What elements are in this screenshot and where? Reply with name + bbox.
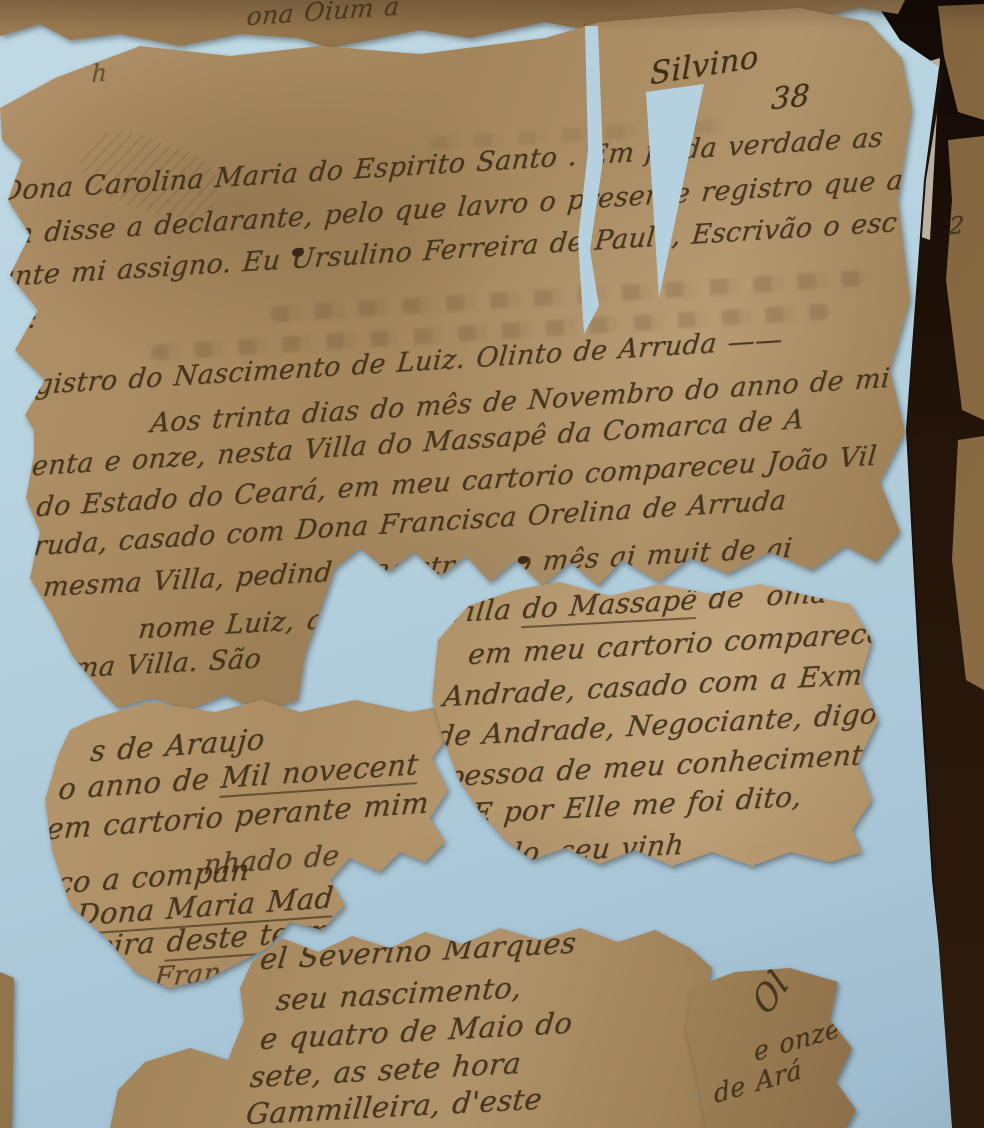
backing-sheet xyxy=(0,0,984,1128)
photograph-of-document: 2 ona Oium a tro dehSilvino38Dona Caroli… xyxy=(0,0,984,1128)
